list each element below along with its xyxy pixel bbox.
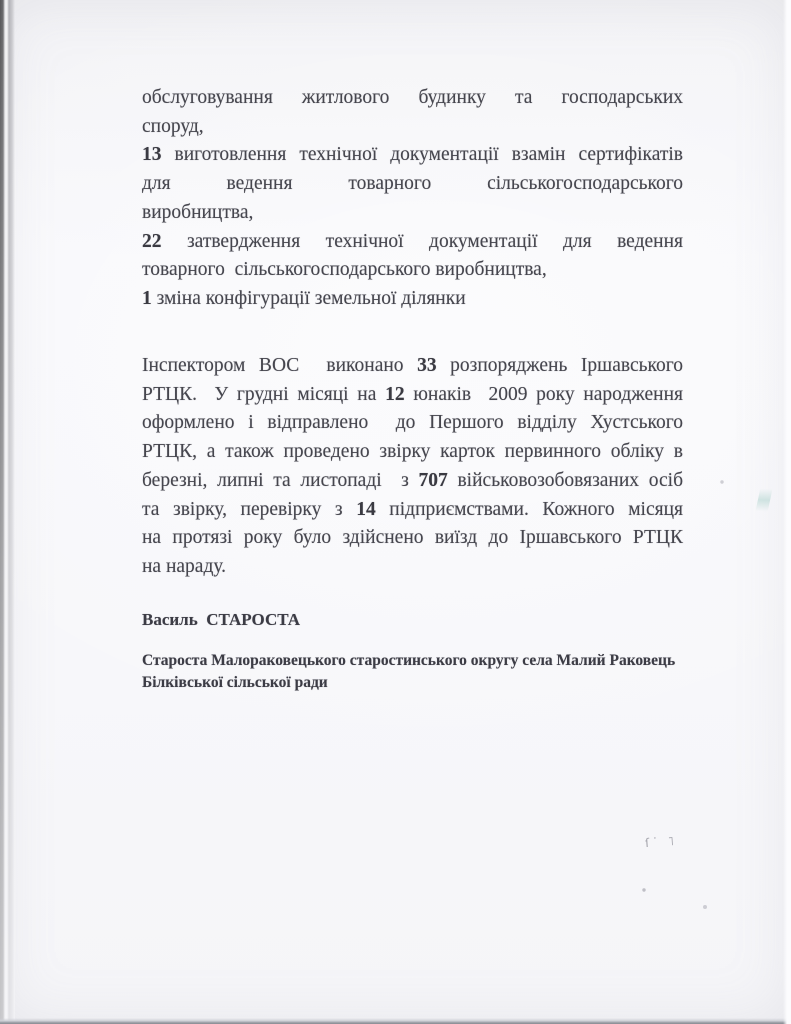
- text-run: підприємствами. Кожного місяця: [376, 499, 683, 520]
- text-run: обслуговування житлового будинку та госп…: [142, 87, 683, 108]
- scanner-edge-left: [0, 0, 15, 1024]
- text-run: Інспектором ВОС виконано: [142, 355, 417, 376]
- text-line: оформлено і відправлено до Першого відді…: [142, 409, 683, 438]
- signature-title: Староста Малораковецького старостинськог…: [142, 650, 683, 693]
- text-run: виробництва,: [142, 202, 253, 223]
- bold-number: 22: [142, 231, 162, 252]
- signature-title-line-1: Староста Малораковецького старостинськог…: [142, 650, 683, 672]
- text-run: військовозобовязаних осіб: [448, 470, 683, 491]
- text-run: зміна конфігурації земельної ділянки: [152, 288, 466, 309]
- bold-number: 1: [142, 288, 152, 309]
- text-run: оформлено і відправлено до Першого відді…: [142, 412, 683, 433]
- bold-number: 14: [356, 499, 376, 520]
- text-line: на нараду.: [142, 553, 683, 582]
- text-run: виготовлення технічної документації взам…: [162, 144, 684, 165]
- text-line: 1 зміна конфігурації земельної ділянки: [142, 285, 683, 314]
- text-line: на протязі року було здійснено виїзд до …: [142, 524, 683, 553]
- text-line: споруд,: [142, 113, 683, 142]
- bold-number: 707: [419, 470, 448, 491]
- text-run: споруд,: [142, 116, 204, 137]
- text-line: для ведення товарного сільськогосподарсь…: [142, 170, 683, 199]
- bold-number: 13: [142, 144, 162, 165]
- text-line: та звірку, перевірку з 14 підприємствами…: [142, 496, 683, 525]
- bold-number: 12: [385, 384, 405, 405]
- signature-title-line-2: Білківської сільської ради: [142, 672, 683, 694]
- text-line: товарного сільськогосподарського виробни…: [142, 256, 683, 285]
- pencil-smudge: ſ˙ ˥: [645, 834, 678, 850]
- paragraph-inspector-report: Інспектором ВОС виконано 33 розпоряджень…: [142, 352, 683, 582]
- text-line: обслуговування житлового будинку та госп…: [142, 84, 683, 113]
- text-line: Інспектором ВОС виконано 33 розпоряджень…: [142, 352, 683, 381]
- scanned-document: ſ˙ ˥ обслуговування житлового будинку та…: [0, 0, 791, 1024]
- text-line: 13 виготовлення технічної документації в…: [142, 141, 683, 170]
- text-line: виробництва,: [142, 199, 683, 228]
- text-run: на нараду.: [142, 556, 226, 577]
- text-line: 22 затвердження технічної документації д…: [142, 228, 683, 257]
- text-run: юнаків 2009 року народження: [405, 384, 683, 405]
- scanner-edge-bottom: [0, 1018, 791, 1024]
- text-run: та звірку, перевірку з: [142, 499, 356, 520]
- text-run: РТЦК. У грудні місяці на: [142, 384, 385, 405]
- text-run: товарного сільськогосподарського виробни…: [142, 259, 547, 280]
- text-run: затвердження технічної документації для …: [162, 231, 684, 252]
- paragraph-land-documentation: обслуговування житлового будинку та госп…: [142, 84, 683, 314]
- scan-specks: [0, 0, 2, 2]
- signature-name: Василь СТАРОСТА: [142, 610, 300, 630]
- text-run: на протязі року було здійснено виїзд до …: [142, 527, 683, 548]
- bold-number: 33: [417, 355, 437, 376]
- text-line: РТЦК. У грудні місяці на 12 юнаків 2009 …: [142, 381, 683, 410]
- text-line: РТЦК, а також проведено звірку карток пе…: [142, 438, 683, 467]
- text-run: РТЦК, а також проведено звірку карток пе…: [142, 441, 683, 462]
- text-run: розпоряджень Іршавського: [437, 355, 683, 376]
- text-run: для ведення товарного сільськогосподарсь…: [142, 173, 683, 194]
- scanner-edge-right: [783, 0, 791, 1024]
- teal-ink-mark: [754, 477, 775, 523]
- text-line: березні, липні та листопаді з 707 військ…: [142, 467, 683, 496]
- text-run: березні, липні та листопаді з: [142, 470, 419, 491]
